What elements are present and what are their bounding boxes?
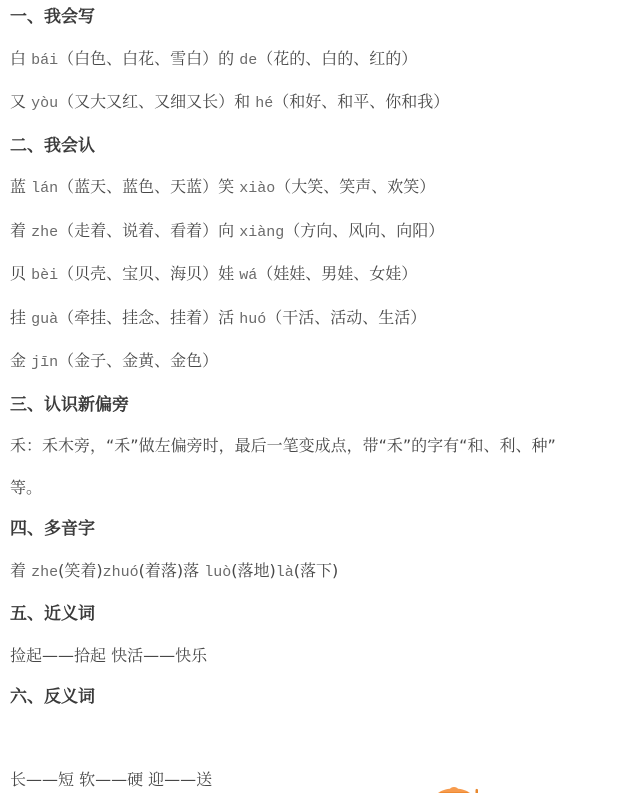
section-heading: 二、我会认 <box>10 137 625 155</box>
hanzi-text: （方向、风向、向阳） <box>284 221 444 240</box>
document-body: 一、我会写白 bái（白色、白花、雪白）的 de（花的、白的、红的）又 yòu（… <box>10 8 625 789</box>
hanzi-text: 一、我会写 <box>10 7 95 27</box>
text-line: 禾：禾木旁，“禾”做左偏旁时，最后一笔变成点，带“禾”的字有“和、利、种” <box>10 437 625 455</box>
pinyin-text: lán <box>31 180 58 197</box>
hanzi-text: 三、认识新偏旁 <box>10 395 129 415</box>
text-line: 又 yòu（又大又红、又细又长）和 hé（和好、和平、你和我） <box>10 93 625 113</box>
hanzi-text: (落下) <box>294 561 339 580</box>
hanzi-text: 贝 <box>10 264 31 283</box>
pinyin-text: bái <box>31 52 58 69</box>
hanzi-text: （白色、白花、雪白）的 <box>58 49 239 68</box>
text-line: 着 zhe(笑着)zhuó(着落)落 luò(落地)là(落下) <box>10 562 625 582</box>
pinyin-text: jīn <box>31 354 58 371</box>
hanzi-text: (着落)落 <box>139 561 205 580</box>
hanzi-text: 四、多音字 <box>10 519 95 539</box>
hanzi-text: 五、近义词 <box>10 604 95 624</box>
pinyin-text: yòu <box>31 95 58 112</box>
section-heading: 四、多音字 <box>10 520 625 538</box>
hanzi-text: 六、反义词 <box>10 687 95 707</box>
text-line: 着 zhe（走着、说着、看着）向 xiàng（方向、风向、向阳） <box>10 222 625 242</box>
text-line: 捡起——拾起 快活——快乐 <box>10 647 625 665</box>
hanzi-text: （牵挂、挂念、挂着）活 <box>58 308 239 327</box>
pinyin-text: zhuó <box>103 564 139 581</box>
text-line: 挂 guà（牵挂、挂念、挂着）活 huó（干活、活动、生活） <box>10 309 625 329</box>
hanzi-text: 长——短 软——硬 迎——送 <box>10 770 212 789</box>
hanzi-text: 着 <box>10 221 31 240</box>
hanzi-text: 二、我会认 <box>10 136 95 156</box>
document-page: 一、我会写白 bái（白色、白花、雪白）的 de（花的、白的、红的）又 yòu（… <box>0 0 633 793</box>
hanzi-text: 又 <box>10 92 31 111</box>
hanzi-text: 挂 <box>10 308 31 327</box>
pinyin-text: xiàng <box>239 224 284 241</box>
section-heading: 五、近义词 <box>10 605 625 623</box>
section-heading: 六、反义词 <box>10 688 625 706</box>
hanzi-text: （又大又红、又细又长）和 <box>58 92 255 111</box>
pinyin-text: zhe <box>31 564 58 581</box>
hanzi-text: （娃娃、男娃、女娃） <box>257 264 417 283</box>
hanzi-text: （干活、活动、生活） <box>266 308 426 327</box>
text-line: 蓝 lán（蓝天、蓝色、天蓝）笑 xiào（大笑、笑声、欢笑） <box>10 178 625 198</box>
pinyin-text: zhe <box>31 224 58 241</box>
hanzi-text: （和好、和平、你和我） <box>273 92 449 111</box>
text-line: 长——短 软——硬 迎——送 <box>10 771 625 789</box>
pinyin-text: là <box>276 564 294 581</box>
hanzi-text: 捡起——拾起 快活——快乐 <box>10 646 207 665</box>
mascot-dot-icon <box>476 789 479 793</box>
pinyin-text: luò <box>204 564 231 581</box>
section-heading: 一、我会写 <box>10 8 625 26</box>
hanzi-text: （贝壳、宝贝、海贝）娃 <box>58 264 239 283</box>
hanzi-text: (笑着) <box>58 561 103 580</box>
hanzi-text: 着 <box>10 561 31 580</box>
hanzi-text: 等。 <box>10 478 42 497</box>
pinyin-text: wá <box>239 267 257 284</box>
hanzi-text: （金子、金黄、金色） <box>58 351 218 370</box>
mascot-icon <box>438 785 482 793</box>
hanzi-text: （花的、白的、红的） <box>257 49 417 68</box>
text-line: 金 jīn（金子、金黄、金色） <box>10 352 625 372</box>
text-line: 贝 bèi（贝壳、宝贝、海贝）娃 wá（娃娃、男娃、女娃） <box>10 265 625 285</box>
hanzi-text: （蓝天、蓝色、天蓝）笑 <box>58 177 239 196</box>
pinyin-text: huó <box>239 311 266 328</box>
hanzi-text: （大笑、笑声、欢笑） <box>275 177 435 196</box>
pinyin-text: guà <box>31 311 58 328</box>
hanzi-text: 白 <box>10 49 31 68</box>
hanzi-text: 禾：禾木旁，“禾”做左偏旁时，最后一笔变成点，带“禾”的字有“和、利、种” <box>10 436 556 455</box>
hanzi-text: 蓝 <box>10 177 31 196</box>
hanzi-text: 金 <box>10 351 31 370</box>
pinyin-text: bèi <box>31 267 58 284</box>
pinyin-text: de <box>239 52 257 69</box>
hanzi-text: (落地) <box>231 561 276 580</box>
pinyin-text: xiào <box>239 180 275 197</box>
text-line: 白 bái（白色、白花、雪白）的 de（花的、白的、红的） <box>10 50 625 70</box>
hanzi-text: （走着、说着、看着）向 <box>58 221 239 240</box>
text-line: 等。 <box>10 479 625 497</box>
blank-line <box>10 730 625 748</box>
pinyin-text: hé <box>255 95 273 112</box>
section-heading: 三、认识新偏旁 <box>10 396 625 414</box>
